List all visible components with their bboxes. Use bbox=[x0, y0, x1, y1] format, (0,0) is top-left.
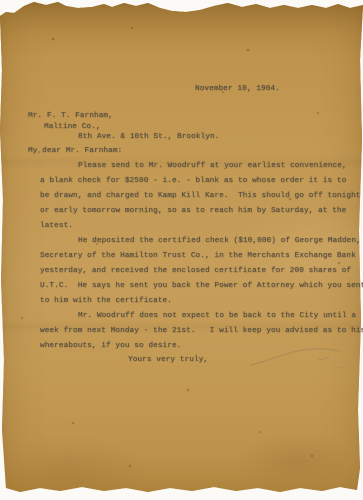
letter-date: November 10, 1904. bbox=[195, 85, 280, 93]
letter-line: U.T.C. He says he sent you back the Powe… bbox=[40, 279, 346, 294]
letter-line: week from next Monday - the 21st. I will… bbox=[40, 324, 346, 339]
letter-line: Secretary of the Hamilton Trust Co., in … bbox=[40, 249, 346, 264]
letter-body: Please send to Mr. Woodruff at your earl… bbox=[40, 159, 346, 354]
recipient-company: Maltine Co., bbox=[44, 122, 219, 133]
recipient-street: 8th Ave. & 10th St., Brooklyn. bbox=[78, 132, 219, 143]
pencil-signature-mark bbox=[248, 340, 352, 372]
letter-content: November 10, 1904. Mr. F. T. Farnham, Ma… bbox=[0, 0, 363, 500]
recipient-address: Mr. F. T. Farnham, Maltine Co., 8th Ave.… bbox=[28, 111, 219, 143]
letter-line: or early tomorrow morning, so as to reac… bbox=[40, 204, 346, 219]
salutation: My dear Mr. Farnham: bbox=[28, 147, 122, 155]
paragraph: Please send to Mr. Woodruff at your earl… bbox=[40, 159, 346, 234]
letter-line: a blank check for $2500 - i.e. - blank a… bbox=[40, 174, 346, 189]
paragraph: He deposited the certified check ($10,00… bbox=[40, 234, 346, 309]
letter-line: latest. bbox=[40, 219, 346, 234]
letter-line: He deposited the certified check ($10,00… bbox=[40, 234, 346, 249]
recipient-name: Mr. F. T. Farnham, bbox=[28, 111, 219, 122]
letter-line: to him with the certificate. bbox=[40, 294, 346, 309]
closing: Yours very truly, bbox=[128, 356, 208, 364]
letter-line: Please send to Mr. Woodruff at your earl… bbox=[40, 159, 346, 174]
letter-line: Mr. Woodruff does not expect to be back … bbox=[40, 309, 346, 324]
letter-line: be drawn, and charged to Kamp Kill Kare.… bbox=[40, 189, 346, 204]
scanned-letter: November 10, 1904. Mr. F. T. Farnham, Ma… bbox=[0, 0, 363, 500]
letter-line: yesterday, and received the enclosed cer… bbox=[40, 264, 346, 279]
